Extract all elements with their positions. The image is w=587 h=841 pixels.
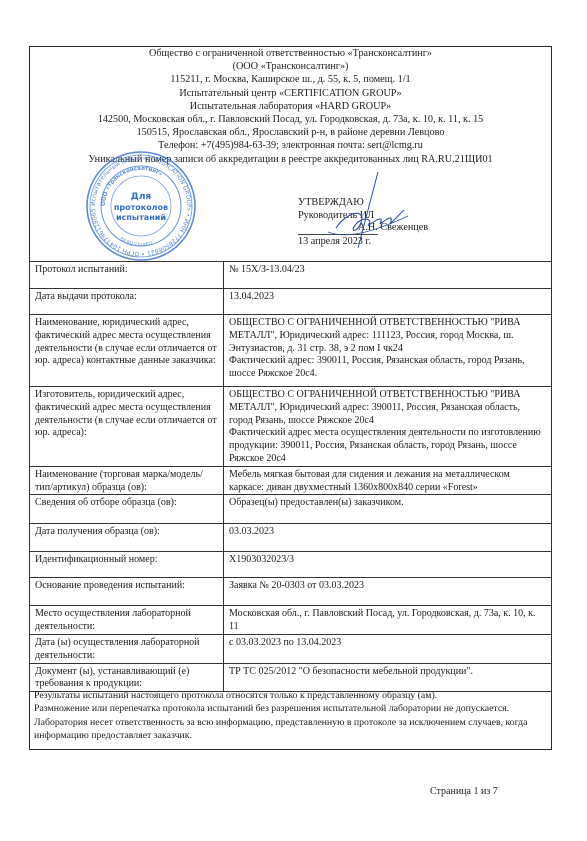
row-label: Дата выдачи протокола: <box>30 289 224 315</box>
row-label: Протокол испытаний: <box>30 262 224 289</box>
row-value: Мебель мягкая бытовая для сидения и лежа… <box>224 466 552 495</box>
table-row: Основание проведения испытаний: Заявка №… <box>30 578 552 606</box>
row-value: с 03.03.2023 по 13.04.2023 <box>224 634 552 663</box>
lab-header: Общество с ограниченной ответственностью… <box>29 47 552 166</box>
table-row: Наименование, юридический адрес, фактиче… <box>30 315 552 387</box>
row-value: № 15Х/З-13.04/23 <box>224 262 552 289</box>
value-text: Х1903032023/3 <box>229 554 546 567</box>
value-text: 03.03.2023 <box>229 526 546 539</box>
value-text: ОБЩЕСТВО С ОГРАНИЧЕННОЙ ОТВЕТСТВЕННОСТЬЮ… <box>229 389 546 427</box>
row-value: Х1903032023/3 <box>224 552 552 578</box>
protocol-info-table: Протокол испытаний: № 15Х/З-13.04/23 Дат… <box>29 261 552 692</box>
header-line: Испытательная лаборатория «HARD GROUP» <box>29 100 552 113</box>
table-row: Документ (ы), устанавливающий (е) требов… <box>30 663 552 692</box>
row-value: ОБЩЕСТВО С ОГРАНИЧЕННОЙ ОТВЕТСТВЕННОСТЬЮ… <box>224 387 552 467</box>
row-label: Изготовитель, юридический адрес, фактиче… <box>30 387 224 467</box>
row-label: Сведения об отборе образца (ов): <box>30 495 224 524</box>
disclaimer-line: Размножение или перепечатка протокола ис… <box>34 702 547 715</box>
value-text: 13.04.2023 <box>229 291 546 304</box>
row-label: Основание проведения испытаний: <box>30 578 224 606</box>
row-value: Образец(ы) предоставлен(ы) заказчиком. <box>224 495 552 524</box>
value-text: Фактический адрес места осуществления де… <box>229 427 546 465</box>
table-row: Протокол испытаний: № 15Х/З-13.04/23 <box>30 262 552 289</box>
row-label: Наименование (торговая марка/модель/тип/… <box>30 466 224 495</box>
row-label: Идентификационный номер: <box>30 552 224 578</box>
table-row: Дата получения образца (ов): 03.03.2023 <box>30 524 552 552</box>
table-row: Изготовитель, юридический адрес, фактиче… <box>30 387 552 467</box>
svg-text:протоколов: протоколов <box>114 203 168 212</box>
table-row: Идентификационный номер: Х1903032023/3 <box>30 552 552 578</box>
signature-icon <box>318 170 418 250</box>
value-text: с 03.03.2023 по 13.04.2023 <box>229 637 546 650</box>
row-label: Документ (ы), устанавливающий (е) требов… <box>30 663 224 692</box>
value-text: № 15Х/З-13.04/23 <box>229 264 546 277</box>
row-value: 13.04.2023 <box>224 289 552 315</box>
header-line: 142500, Московская обл., г. Павловский П… <box>29 113 552 126</box>
header-line: 115211, г. Москва, Каширское ш., д. 55, … <box>29 73 552 86</box>
row-value: 03.03.2023 <box>224 524 552 552</box>
table-row: Дата выдачи протокола: 13.04.2023 <box>30 289 552 315</box>
table-row: Место осуществления лабораторной деятель… <box>30 606 552 635</box>
disclaimer-line: Лаборатория несет ответственность за всю… <box>34 716 547 743</box>
value-text: ОБЩЕСТВО С ОГРАНИЧЕННОЙ ОТВЕТСТВЕННОСТЬЮ… <box>229 317 546 355</box>
header-line: Испытательный центр «CERTIFICATION GROUP… <box>29 87 552 100</box>
svg-text:испытаний: испытаний <box>116 213 166 222</box>
value-text: Заявка № 20-0303 от 03.03.2023 <box>229 580 546 593</box>
table-row: Наименование (торговая марка/модель/тип/… <box>30 466 552 495</box>
row-label: Наименование, юридический адрес, фактиче… <box>30 315 224 387</box>
row-value: ОБЩЕСТВО С ОГРАНИЧЕННОЙ ОТВЕТСТВЕННОСТЬЮ… <box>224 315 552 387</box>
disclaimer-block: Результаты испытаний настоящего протокол… <box>29 689 552 743</box>
disclaimer-line: Результаты испытаний настоящего протокол… <box>34 689 547 702</box>
row-value: ТР ТС 025/2012 "О безопасности мебельной… <box>224 663 552 692</box>
value-text: Мебель мягкая бытовая для сидения и лежа… <box>229 469 546 495</box>
value-text: Образец(ы) предоставлен(ы) заказчиком. <box>229 497 546 510</box>
table-row: Дата (ы) осуществления лабораторной деят… <box>30 634 552 663</box>
row-label: Место осуществления лабораторной деятель… <box>30 606 224 635</box>
header-line: (ООО «Трансконсалтинг») <box>29 60 552 73</box>
row-value: Московская обл., г. Павловский Посад, ул… <box>224 606 552 635</box>
row-label: Дата (ы) осуществления лабораторной деят… <box>30 634 224 663</box>
value-text: Фактический адрес: 390011, Россия, Рязан… <box>229 355 546 381</box>
svg-text:Для: Для <box>131 192 152 202</box>
row-label: Дата получения образца (ов): <box>30 524 224 552</box>
value-text: Московская обл., г. Павловский Посад, ул… <box>229 608 546 634</box>
value-text: ТР ТС 025/2012 "О безопасности мебельной… <box>229 666 546 679</box>
header-line: 150515, Ярославская обл., Ярославский р-… <box>29 126 552 139</box>
page-number: Страница 1 из 7 <box>430 786 498 797</box>
header-line: Общество с ограниченной ответственностью… <box>29 47 552 60</box>
lab-stamp-icon: Испытательный центр «CERTIFICATION GROUP… <box>85 150 197 262</box>
table-row: Сведения об отборе образца (ов): Образец… <box>30 495 552 524</box>
row-value: Заявка № 20-0303 от 03.03.2023 <box>224 578 552 606</box>
svg-text:RA.RU.21ЩИ01: RA.RU.21ЩИ01 <box>119 236 154 248</box>
